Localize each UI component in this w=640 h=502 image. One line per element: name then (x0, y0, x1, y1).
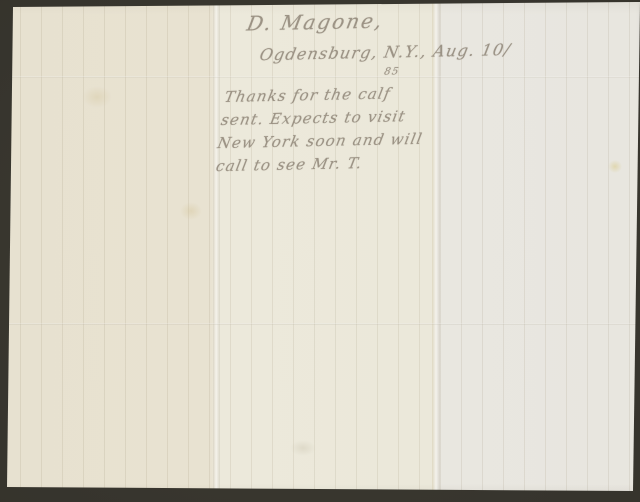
letter-paper: D. Magone, Ogdensburg, N.Y., Aug. 10/ 85… (0, 0, 640, 502)
handwriting-block: D. Magone, Ogdensburg, N.Y., Aug. 10/ 85… (0, 0, 640, 502)
handwritten-line: sent. Expects to visit (220, 107, 408, 129)
handwritten-author: D. Magone, (245, 9, 386, 36)
handwritten-place-date: Ogdensburg, N.Y., Aug. 10/ (258, 40, 513, 64)
handwritten-line: Thanks for the calf (223, 84, 393, 106)
handwritten-year: 85 (383, 66, 400, 77)
handwritten-line: New York soon and will (216, 130, 424, 152)
scan-background: D. Magone, Ogdensburg, N.Y., Aug. 10/ 85… (0, 0, 640, 502)
handwritten-line: call to see Mr. T. (214, 154, 364, 175)
